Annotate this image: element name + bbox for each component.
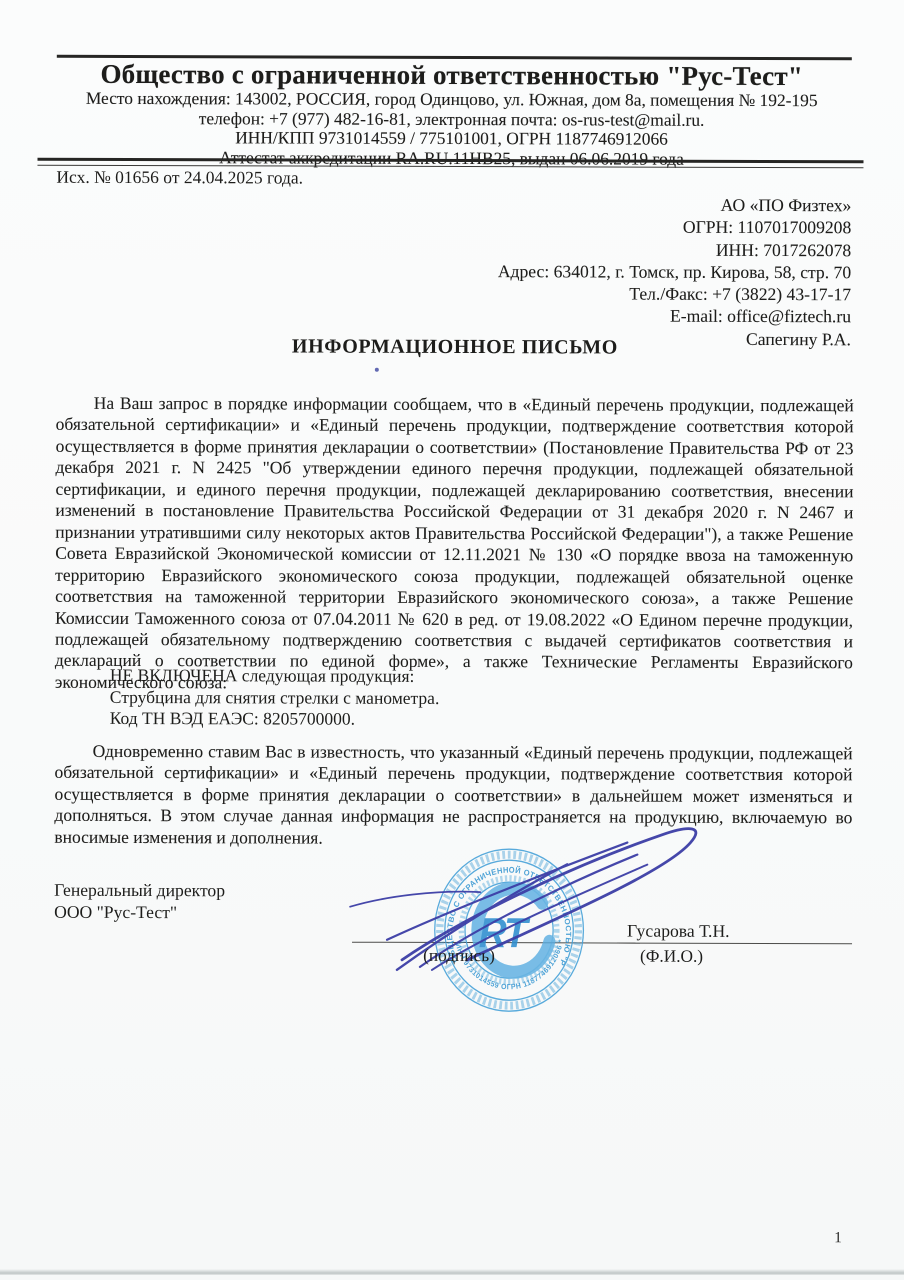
product-block: НЕ ВКЛЮЧЕНА следующая продукция: Струбци…: [110, 665, 440, 731]
recipient-email: E-mail: office@fiztech.ru: [498, 305, 851, 328]
recipient-phone: Тел./Факс: +7 (3822) 43-17-17: [498, 282, 851, 305]
product-name: Струбцина для снятия стрелки с манометра…: [110, 687, 440, 710]
dust-speck: [372, 349, 375, 352]
recipient-address: Адрес: 634012, г. Томск, пр. Кирова, 58,…: [498, 260, 851, 283]
recipient-company: АО «ПО Физтех»: [498, 193, 851, 216]
ink-speck: [375, 368, 379, 372]
product-tnved-code: Код ТН ВЭД ЕАЭС: 8205700000.: [110, 708, 440, 731]
document-page: Общество с ограниченной ответственностью…: [0, 0, 904, 1280]
recipient-block: АО «ПО Физтех» ОГРН: 1107017009208 ИНН: …: [498, 193, 852, 350]
body-paragraph-1: На Ваш запрос в порядке информации сообщ…: [55, 393, 854, 696]
scanned-letter: Общество с ограниченной ответственностью…: [0, 0, 904, 1280]
signature-caption: (подпись): [404, 946, 514, 966]
name-caption: (Ф.И.О.): [640, 947, 703, 967]
recipient-ogrn: ОГРН: 1107017009208: [498, 215, 851, 238]
letterhead-inn-ogrn: ИНН/КПП 9731014559 / 775101001, ОГРН 118…: [40, 128, 864, 150]
scan-bottom-edge-shadow: [0, 1269, 904, 1275]
product-block-heading: НЕ ВКЛЮЧЕНА следующая продукция:: [110, 665, 440, 688]
recipient-inn: ИНН: 7017262078: [498, 238, 851, 261]
signer-company: ООО "Рус-Тест": [54, 901, 225, 924]
signer-position-block: Генеральный директор ООО "Рус-Тест": [54, 879, 225, 924]
signer-position: Генеральный директор: [54, 879, 225, 902]
letterhead-address: Место нахождения: 143002, РОССИЯ, город …: [40, 89, 864, 111]
document-title: ИНФОРМАЦИОННОЕ ПИСЬМО: [56, 335, 854, 361]
page-number: 1: [834, 1229, 842, 1247]
signer-name: Гусарова Т.Н.: [627, 921, 730, 942]
letterhead-contacts: телефон: +7 (977) 482-16-81, электронная…: [40, 108, 864, 130]
outgoing-reference: Исх. № 01656 от 24.04.2025 года.: [56, 167, 303, 189]
